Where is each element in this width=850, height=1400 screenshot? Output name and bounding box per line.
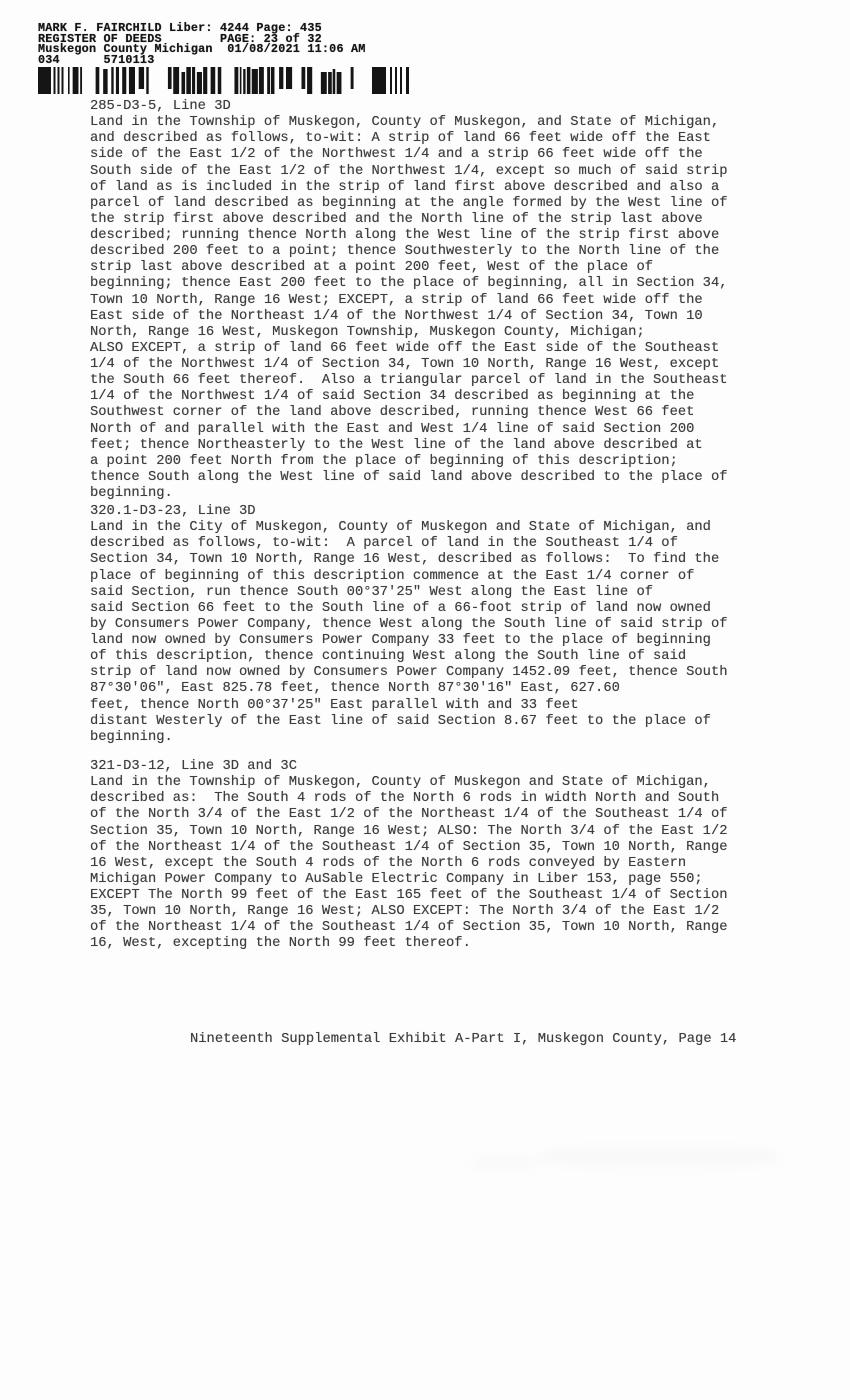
parcel-body: Land in the Township of Muskegon, County…: [90, 775, 770, 952]
barcode-icon: [38, 67, 410, 94]
parcel-section-320-1-d3-23: 320.1-D3-23, Line 3D Land in the City of…: [90, 504, 770, 746]
parcel-body: Land in the Township of Muskegon, County…: [90, 115, 770, 502]
parcel-section-285-d3-5: 285-D3-5, Line 3D Land in the Township o…: [90, 99, 770, 502]
parcel-body: Land in the City of Muskegon, County of …: [90, 520, 770, 746]
deed-scan-page: MARK F. FAIRCHILD Liber: 4244 Page: 435 …: [0, 0, 850, 1400]
parcel-heading: 320.1-D3-23, Line 3D: [90, 504, 770, 520]
scan-smudge: [540, 1148, 780, 1166]
recorder-stamp-text: MARK F. FAIRCHILD Liber: 4244 Page: 435 …: [38, 23, 366, 66]
exhibit-page-footer: Nineteenth Supplemental Exhibit A-Part I…: [190, 1032, 736, 1048]
parcel-section-321-d3-12: 321-D3-12, Line 3D and 3C Land in the To…: [90, 759, 770, 953]
parcel-heading: 285-D3-5, Line 3D: [90, 99, 770, 115]
parcel-heading: 321-D3-12, Line 3D and 3C: [90, 759, 770, 775]
scan-smudge: [470, 1158, 540, 1168]
